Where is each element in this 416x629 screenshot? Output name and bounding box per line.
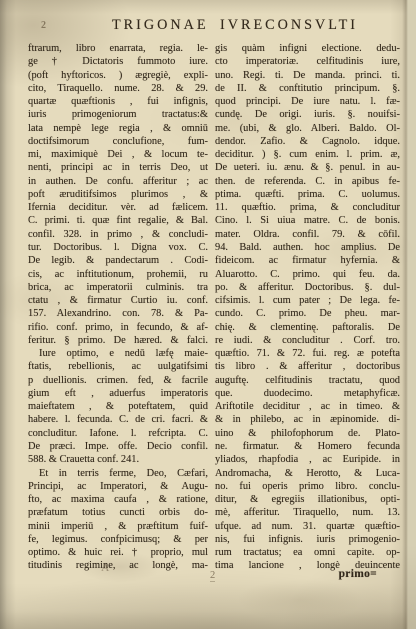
text-line: Ifernia deciditur. vèr. ad fælicem.	[28, 201, 208, 214]
text-line: habere. l. fecunda. C. de cri. facri. &	[28, 413, 208, 426]
text-column-right: gis quàm infigni electione. dedu-cto imp…	[215, 42, 400, 574]
scanned-page: 2 TRIGONAE IVRECONSVLTI ftrarum, libro e…	[0, 0, 416, 629]
text-line: que. duodecimo. metaphyficæ.	[215, 387, 400, 400]
text-line: Et in terris ferme, Deo, Cæfari,	[28, 467, 208, 480]
text-line: Iure optimo, e nedū læfę maie-	[28, 347, 208, 360]
text-line: quartæ quæftionis , fui infignis,	[28, 95, 208, 108]
text-line: 588. & Crauetta conf. 241.	[28, 453, 208, 466]
text-line: cifsimis. l. cum pater ; De lega. fe-	[215, 294, 400, 307]
text-line: auguftę. celfitudinis tractatu, quod	[215, 374, 400, 387]
text-line: deciditur. ) §. cum enim. l. prim. æ,	[215, 148, 400, 161]
text-line: iuris primogeniorum tractatus:&	[28, 108, 208, 121]
text-line: feritur. § primo. De hæred. & falci.	[28, 334, 208, 347]
text-line: quod principi. De iure natu. l. fæ-	[215, 95, 400, 108]
text-line: then. de referenda. C. in apibus fe-	[215, 175, 400, 188]
text-line: ditur, & egregiis illationibus, opti-	[215, 493, 400, 506]
text-line: De ueteri. iu. ænu. & §. penul. in au-	[215, 161, 400, 174]
text-line: no. fui operis primo libro. conclu-	[215, 480, 400, 493]
text-column-left: ftrarum, libro enarrata, regia. le-ge † …	[28, 42, 208, 574]
text-line: 11. quæftio. prima, & concluditur	[215, 201, 400, 214]
text-line: Principi, ac Imperatori, & Augu-	[28, 480, 208, 493]
text-line: cundo. C. primo. De pheu. mar-	[215, 307, 400, 320]
text-line: yliados, rhapfodia , ac Euripide. in	[215, 453, 400, 466]
text-line: Ariftotile deciditur , ac in timeo. &	[215, 400, 400, 413]
text-line: nenti, principi ac in terris Deo, ut	[28, 161, 208, 174]
text-line: mater. Oldra. confil. 79. & cōfil.	[215, 228, 400, 241]
text-line: cis, ac inftitutionum, prohemii, ru	[28, 268, 208, 281]
text-line: concluditur. Iafone. l. refcripta. C.	[28, 427, 208, 440]
text-line: chię. & clementinę. paftoralis. De	[215, 321, 400, 334]
text-line: Aluarotto. C. primo. qui feu. da.	[215, 268, 400, 281]
text-line: gis quàm infigni electione. dedu-	[215, 42, 400, 55]
text-line: minii imperiū , & præftitum fuif-	[28, 520, 208, 533]
text-line: titudinis regimine, ac longè, ma-	[28, 559, 208, 572]
sheet-number: 2	[210, 570, 215, 582]
text-line: mi, maximiquè Dei , & locum te-	[28, 148, 208, 161]
text-line: tis libro . & afferitur , doctoribus	[215, 360, 400, 373]
text-line: ge † Dictatoris fummoto iure.	[28, 55, 208, 68]
text-line: optimo. & huic rei. † proprio, mul	[28, 546, 208, 559]
text-line: Andromacha, & Herotto, & Luca-	[215, 467, 400, 480]
signature-mark: A	[101, 562, 109, 574]
text-line: ftatis, rebellionis, ac uulgatifsimi	[28, 360, 208, 373]
catchword: primo=	[339, 568, 377, 580]
text-line: dendor. Zafio. & Cagnolo. idque.	[215, 135, 400, 148]
text-line: uino & philofophorum de. Plato-	[215, 427, 400, 440]
text-line: fideicom. ac firmatur hyfernia. &	[215, 254, 400, 267]
text-line: rifio. conf. primo, in fecundo, & af-	[28, 321, 208, 334]
folio-mark: 2	[41, 20, 46, 31]
text-line: præfatum totius cuncti orbis do-	[28, 506, 208, 519]
text-line: 94. Bald. authen. hoc amplius. De	[215, 241, 400, 254]
text-line: mè, afferitur. Tiraquello, num. 13.	[215, 506, 400, 519]
text-line: (poft hyftoricos. ) ægregiè, expli-	[28, 69, 208, 82]
text-line: Cino. l. Si uiua matre. C. de bonis.	[215, 214, 400, 227]
text-line: nis, fui infignis. iuris primogenio-	[215, 533, 400, 546]
text-line: ne. firmatur. & Homero fecunda	[215, 440, 400, 453]
text-line: tur. Doctoribus. l. Digna vox. C.	[28, 241, 208, 254]
text-line: fe, legimus. confpicimusq; & per	[28, 533, 208, 546]
text-line: gium eft , aduerfus imperatoris	[28, 387, 208, 400]
text-line: poft æruditifsimos plurimos , &	[28, 188, 208, 201]
text-line: 157. Alexandrino. con. 78. & Pa-	[28, 307, 208, 320]
text-line: ftrarum, libro enarrata, regia. le-	[28, 42, 208, 55]
text-line: cito, Tiraquello. nume. 28. & 29.	[28, 82, 208, 95]
text-line: doctifsimorum conclufione, fum-	[28, 135, 208, 148]
text-line: confil. 328. in primo , & concludi-	[28, 228, 208, 241]
running-title: TRIGONAE IVRECONSVLTI	[112, 17, 358, 34]
text-line: lata nempè lege regia , & omniū	[28, 122, 208, 135]
text-line: brica, ac imperatorii culminis. tra	[28, 281, 208, 294]
text-line: ptima. quæfti. prima. C. uolumus.	[215, 188, 400, 201]
text-line: fto, ac maxima caufa , & ratione,	[28, 493, 208, 506]
text-line: po. & afferitur. Doctoribus. §. dul-	[215, 281, 400, 294]
text-line: in authen. De confu. afferitur ; ac	[28, 175, 208, 188]
text-line: me. (ubi, & glo. Alberi. Baldo. Ol-	[215, 122, 400, 135]
text-line: ctatu , & firmatur Curtio iu. conf.	[28, 294, 208, 307]
text-body: ftrarum, libro enarrata, regia. le-ge † …	[28, 42, 400, 574]
text-line: de II. & conftitutio principum. §.	[215, 82, 400, 95]
text-line: C. primi. ti. quæ fint regalie, & Bal.	[28, 214, 208, 227]
text-line: cundę. De origi. iuris. §. nouifsi-	[215, 108, 400, 121]
text-line: quæftio. 71. & 72. fui. reg. æ potefta	[215, 347, 400, 360]
text-line: uno. Regi. ti. De manda. princi. ti.	[215, 69, 400, 82]
text-line: ufque. ad num. 31. quartæ quæftio-	[215, 520, 400, 533]
text-line: maieftatem , & poteftatem, quid	[28, 400, 208, 413]
text-line: De legib. & pandectarum . Codi-	[28, 254, 208, 267]
text-line: & in philebo, ac in æpinomide. di-	[215, 413, 400, 426]
page-header: 2 TRIGONAE IVRECONSVLTI	[0, 17, 416, 35]
text-line: p duellionis. crimen. fed, & facrile	[28, 374, 208, 387]
text-line: re iudi. & concluditur . Corf. tro.	[215, 334, 400, 347]
text-line: rum tractatus; ea omni capite. op-	[215, 546, 400, 559]
text-line: cto imperatoriæ. celfitudinis iure,	[215, 55, 400, 68]
text-line: De præci. Impe. offe. Decio confil.	[28, 440, 208, 453]
